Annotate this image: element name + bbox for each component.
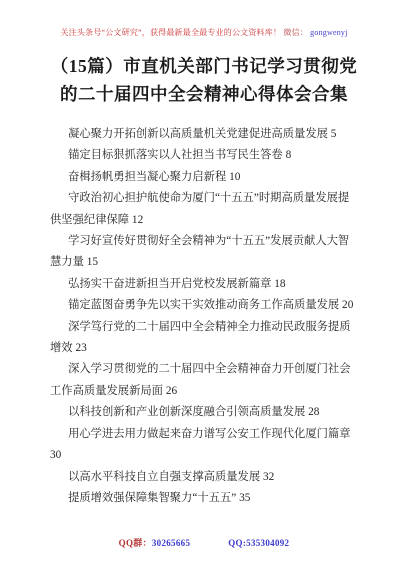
- qq-group-label: QQ群：: [119, 538, 152, 548]
- toc-item-page: 10: [229, 171, 240, 183]
- page-title-line1: （15篇）市直机关部门书记学习贯彻党: [24, 52, 384, 80]
- toc-item-page: 30: [50, 449, 61, 461]
- toc-item-page: 26: [166, 385, 177, 397]
- toc-item-title: 用心学进去用力做起来奋力谱写公安工作现代化厦门篇章: [68, 428, 350, 440]
- toc-item-title: 以科技创新和产业创新深度融合引领高质量发展: [68, 406, 305, 418]
- page-title-line2: 的二十届四中全会精神心得体会合集: [24, 80, 384, 108]
- toc-item-title: 锚定目标狠抓落实以人社担当书写民生答卷: [68, 149, 283, 161]
- toc-item-title: 深学笃行党的二十届四中全会精神全力推动民政服务提质增效: [50, 321, 351, 354]
- qq-group-number: 30265665: [152, 538, 190, 548]
- toc-item-page: 20: [342, 299, 353, 311]
- toc-item: 深学笃行党的二十届四中全会精神全力推动民政服务提质增效 23: [50, 317, 358, 360]
- toc-item: 提质增效强保障集智聚力“十五五” 35: [50, 488, 358, 509]
- toc-item-title: 弘扬实干奋进新担当开启党校发展新篇章: [68, 278, 271, 290]
- toc-item: 以高水平科技自立自强支撑高质量发展 32: [50, 467, 358, 488]
- qq-label: QQ:: [228, 538, 246, 548]
- document-page: 关注头条号“公文研究”，获得最新最全最专业的公文资料库！ 微信： gongwen…: [0, 0, 408, 580]
- toc-item: 深入学习贯彻党的二十届四中全会精神奋力开创厦门社会工作高质量发展新局面 26: [50, 359, 358, 402]
- toc-item-title: 深入学习贯彻党的二十届四中全会精神奋力开创厦门社会工作高质量发展新局面: [50, 363, 351, 396]
- footer-contact: QQ群：30265665QQ:535304092: [0, 536, 408, 549]
- toc-item-title: 以高水平科技自立自强支撑高质量发展: [68, 471, 260, 483]
- toc-item: 锚定目标狠抓落实以人社担当书写民生答卷 8: [50, 145, 358, 166]
- wechat-label: 微信：: [283, 28, 308, 37]
- toc-item: 守政治初心担护航使命为厦门“十五五”时期高质量发展提供坚强纪律保障 12: [50, 188, 358, 231]
- toc-item-page: 12: [132, 214, 143, 226]
- toc-item: 弘扬实干奋进新担当开启党校发展新篇章 18: [50, 274, 358, 295]
- toc-item-page: 23: [75, 342, 86, 354]
- toc-item: 用心学进去用力做起来奋力谱写公安工作现代化厦门篇章 30: [50, 424, 358, 467]
- qq-number: 535304092: [246, 538, 289, 548]
- toc-item-title: 提质增效强保障集智聚力“十五五”: [68, 492, 236, 504]
- table-of-contents: 凝心聚力开拓创新以高质量机关党建促进高质量发展 5 锚定目标狠抓落实以人社担当书…: [0, 124, 408, 509]
- toc-item-page: 35: [239, 492, 250, 504]
- toc-item-title: 守政治初心担护航使命为厦门“十五五”时期高质量发展提供坚强纪律保障: [50, 192, 349, 225]
- wechat-id: gongwenyj: [310, 28, 347, 37]
- toc-item-page: 8: [286, 149, 292, 161]
- toc-item: 凝心聚力开拓创新以高质量机关党建促进高质量发展 5: [50, 124, 358, 145]
- header-watermark: 关注头条号“公文研究”，获得最新最全最专业的公文资料库！ 微信： gongwen…: [0, 27, 408, 38]
- toc-item-page: 32: [263, 471, 274, 483]
- toc-item: 锚定蓝图奋勇争先以实干实效推动商务工作高质量发展 20: [50, 295, 358, 316]
- toc-item: 奋楫扬帆勇担当凝心聚力启新程 10: [50, 167, 358, 188]
- toc-item-page: 15: [87, 256, 98, 268]
- toc-item-page: 18: [274, 278, 285, 290]
- header-note-text: 关注头条号“公文研究”，获得最新最全最专业的公文资料库！: [60, 28, 281, 37]
- toc-item-title: 凝心聚力开拓创新以高质量机关党建促进高质量发展: [68, 128, 328, 140]
- toc-item: 学习好宣传好贯彻好全会精神为“十五五”发展贡献人大智慧力量 15: [50, 231, 358, 274]
- page-title: （15篇）市直机关部门书记学习贯彻党 的二十届四中全会精神心得体会合集: [24, 52, 384, 108]
- toc-item: 以科技创新和产业创新深度融合引领高质量发展 28: [50, 402, 358, 423]
- toc-item-title: 奋楫扬帆勇担当凝心聚力启新程: [68, 171, 226, 183]
- toc-item-page: 5: [331, 128, 337, 140]
- toc-item-title: 锚定蓝图奋勇争先以实干实效推动商务工作高质量发展: [68, 299, 339, 311]
- toc-item-page: 28: [308, 406, 319, 418]
